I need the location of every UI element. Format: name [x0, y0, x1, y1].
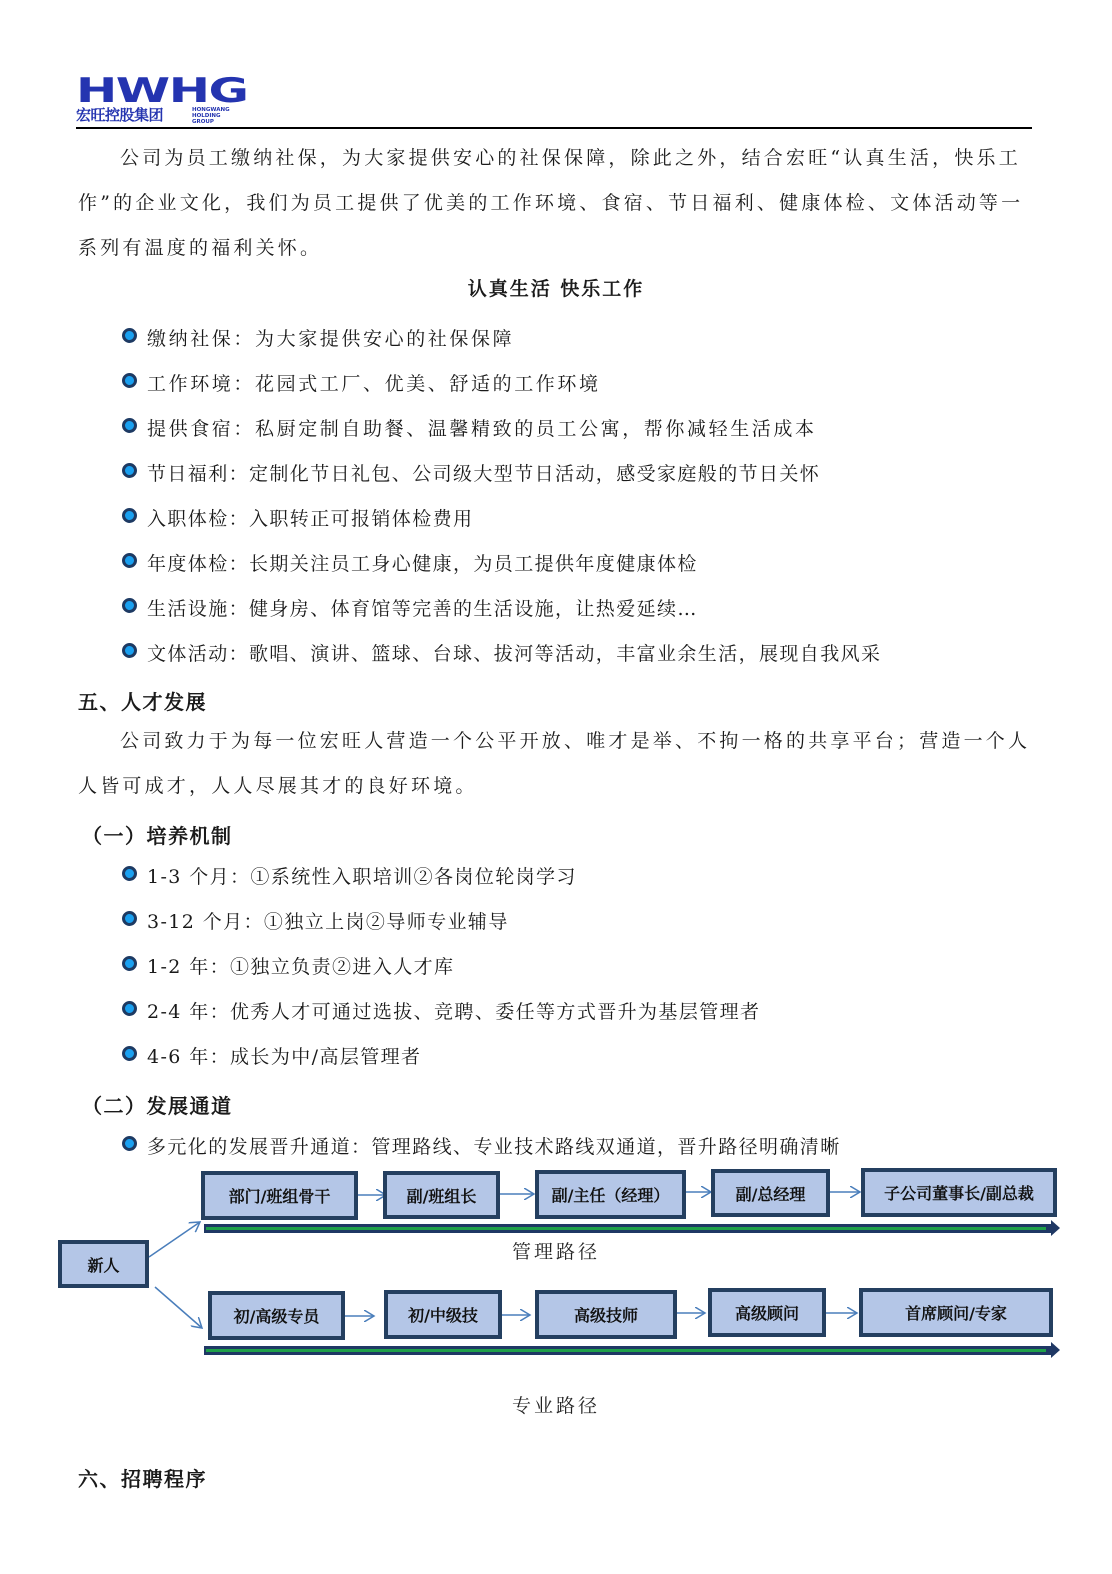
management-step: 部门/班组骨干 [201, 1171, 358, 1220]
management-step: 副/班组长 [383, 1171, 500, 1219]
professional-step: 高级顾问 [708, 1288, 826, 1337]
management-step: 副/主任（经理） [535, 1170, 686, 1219]
professional-step: 初/中级技 [384, 1290, 502, 1339]
management-step: 副/总经理 [711, 1169, 830, 1217]
professional-path-label: 专业路径 [0, 1391, 1112, 1418]
professional-step: 高级技师 [535, 1290, 677, 1339]
management-path-label: 管理路径 [0, 1237, 1112, 1264]
section-heading-recruitment: 六、招聘程序 [78, 1463, 207, 1492]
professional-step: 首席顾问/专家 [859, 1288, 1053, 1337]
management-track-arrow [204, 1224, 1052, 1233]
professional-track-arrow [204, 1346, 1052, 1355]
professional-step: 初/高级专员 [208, 1291, 345, 1340]
management-step: 子公司董事长/副总裁 [861, 1168, 1057, 1217]
